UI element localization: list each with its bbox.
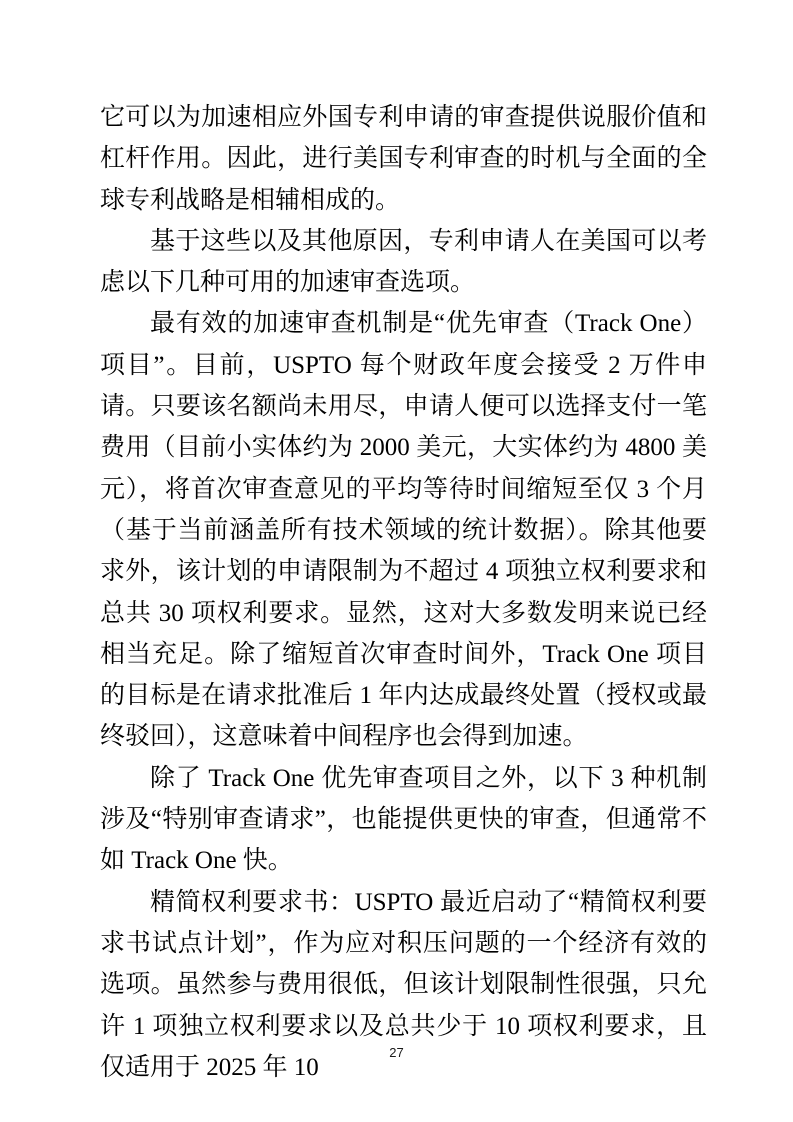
paragraph-4: 除了 Track One 优先审查项目之外，以下 3 种机制涉及“特别审查请求”… bbox=[100, 758, 707, 882]
paragraph-1: 它可以为加速相应外国专利申请的审查提供说服价值和杠杆作用。因此，进行美国专利审查… bbox=[100, 97, 707, 221]
page-number: 27 bbox=[0, 1045, 793, 1060]
text-body: 它可以为加速相应外国专利申请的审查提供说服价值和杠杆作用。因此，进行美国专利审查… bbox=[100, 97, 707, 1088]
document-page: 它可以为加速相应外国专利申请的审查提供说服价值和杠杆作用。因此，进行美国专利审查… bbox=[0, 0, 793, 1122]
paragraph-3: 最有效的加速审查机制是“优先审查（Track One）项目”。目前，USPTO … bbox=[100, 303, 707, 757]
paragraph-2: 基于这些以及其他原因，专利申请人在美国可以考虑以下几种可用的加速审查选项。 bbox=[100, 221, 707, 304]
